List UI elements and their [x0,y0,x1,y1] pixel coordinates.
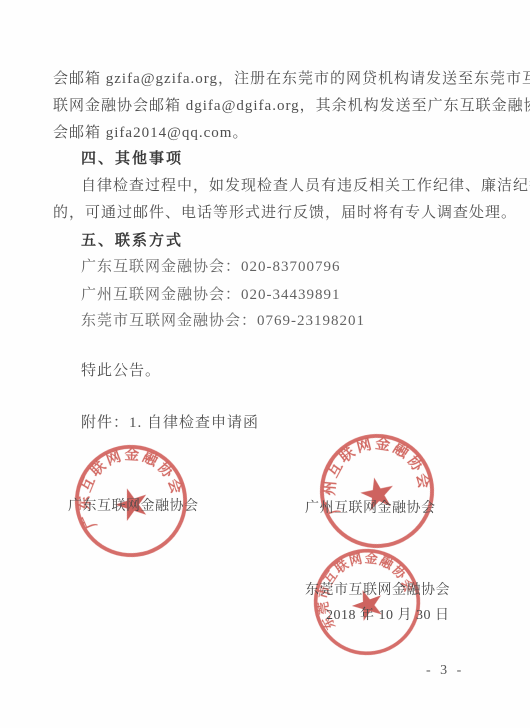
closing-line: 特此公告。 [81,362,161,380]
document-page: 会邮箱 gzifa@gzifa.org，注册在东莞市的网贷机构请发送至东莞市互 … [0,0,530,728]
body-line: 的，可通过邮件、电话等形式进行反馈，届时将有专人调查处理。 [53,204,517,222]
body-line: 会邮箱 gzifa@gzifa.org，注册在东莞市的网贷机构请发送至东莞市互 [53,70,530,88]
signature-guangzhou: 广州互联网金融协会 [305,497,436,517]
section-heading-five: 五、联系方式 [81,232,183,250]
signature-dongguan: 东莞市互联网金融协会 [305,579,450,599]
page-number: - 3 - [426,663,464,679]
section-heading-four: 四、其他事项 [81,150,183,168]
contact-line-gzifa: 广州互联网金融协会：020-34439891 [81,286,341,304]
contact-line-dgifa: 东莞市互联网金融协会：0769-23198201 [81,312,365,330]
seal-dongguan: ★ 东莞市互联网金融协会 [297,532,438,673]
contact-line-gdifa: 广东互联网金融协会：020-83700796 [81,258,341,276]
attachment-line: 附件：1. 自律检查申请函 [81,414,259,432]
body-line: 会邮箱 gifa2014@qq.com。 [53,124,248,142]
signature-guangdong: 广东互联网金融协会 [68,495,199,515]
body-line: 自律检查过程中，如发现检查人员有违反相关工作纪律、廉洁纪律 [81,177,530,195]
body-line: 联网金融协会邮箱 dgifa@dgifa.org，其余机构发送至广东互联金融协 [53,97,530,115]
date-line: 2018 年 10 月 30 日 [326,604,450,624]
seal-dongguan-graphic: ★ 东莞市互联网金融协会 [297,532,438,673]
